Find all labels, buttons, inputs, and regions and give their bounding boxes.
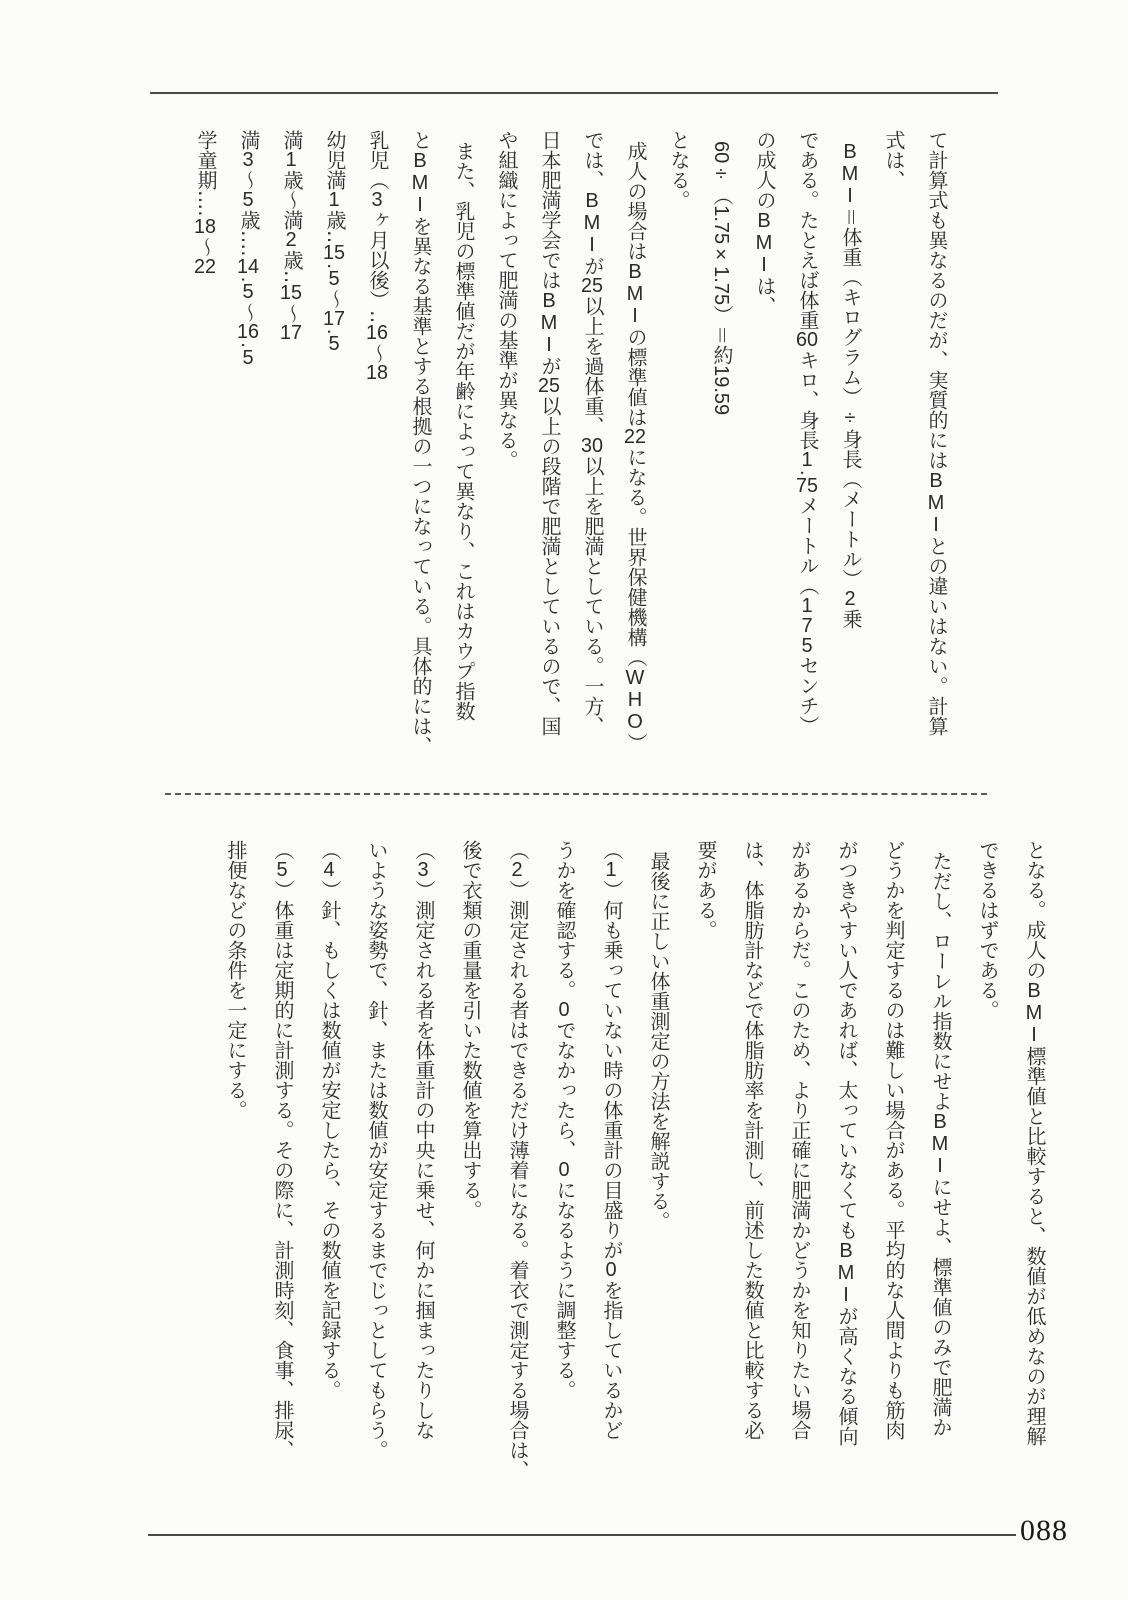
top-column-11: や組織によって肥満の基準が異なる。	[484, 130, 527, 778]
top-column-1: て計算式も異なるのだが、実質的にはBMIとの違いはない。計算	[914, 130, 957, 778]
top-column-9: では、BMIが25以上を過体重、30以上を肥満としている。一方、	[570, 130, 613, 778]
bottom-column-6: があるからだ。このため、より正確に肥満かどうかを知りたい場合	[775, 840, 822, 1508]
top-column-10: 日本肥満学会ではBMIが25以上の段階で肥満としているので、国	[527, 130, 570, 778]
top-column-15: 幼児満1歳‥15.5～17.5	[312, 130, 355, 778]
bottom-column-1: となる。成人のBMI標準値と比較すると、数値が低めなのが理解	[1010, 840, 1057, 1508]
bottom-column-9: 最後に正しい体重測定の方法を解説する。	[634, 840, 681, 1508]
top-column-13: とBMIを異なる基準とする根拠の一つになっている。具体的には、	[398, 130, 441, 778]
bottom-column-16: （4）針、もしくは数値が安定したら、その数値を記録する。	[305, 840, 352, 1508]
top-rule	[150, 92, 998, 94]
top-column-4: である。たとえば体重60キロ、身長1.75メートル（175センチ）	[785, 130, 828, 778]
top-column-3: BMI＝体重（キログラム）÷身長（メートル）2乗	[828, 130, 871, 778]
bottom-column-7: は、体脂肪計などで体脂肪率を計測し、前述した数値と比較する必	[728, 840, 775, 1508]
top-column-6: 60÷（1.75×1.75）＝約19.59	[699, 130, 742, 778]
bottom-column-2: できるはずである。	[963, 840, 1010, 1508]
bottom-column-3: ただし、ローレル指数にせよBMIにせよ、標準値のみで肥満か	[916, 840, 963, 1508]
bottom-column-5: がつきやすい人であれば、太っていなくてもBMIが高くなる傾向	[822, 840, 869, 1508]
bottom-column-12: （2）測定される者はできるだけ薄着になる。着衣で測定する場合は、	[493, 840, 540, 1508]
bottom-rule	[148, 1534, 1016, 1536]
bottom-column-14: （3）測定される者を体重計の中央に乗せ、何かに掴まったりしな	[399, 840, 446, 1508]
bottom-column-15: いような姿勢で、針、または数値が安定するまでじっとしてもらう。	[352, 840, 399, 1508]
top-column-16: 満1歳～満2歳‥15～17	[269, 130, 312, 778]
bottom-column-8: 要がある。	[681, 840, 728, 1508]
bottom-section-text: となる。成人のBMI標準値と比較すると、数値が低めなのが理解できるはずである。た…	[211, 840, 1057, 1508]
top-column-12: また、乳児の標準値だが年齢によって異なり、これはカウプ指数	[441, 130, 484, 778]
page-number: 088	[1020, 1514, 1068, 1548]
top-column-14: 乳児（3ヶ月以後）‥16～18	[355, 130, 398, 778]
bottom-column-4: どうかを判定するのは難しい場合がある。平均的な人間よりも筋肉	[869, 840, 916, 1508]
bottom-column-10: （1）何も乗っていない時の体重計の目盛りが0を指しているかど	[587, 840, 634, 1508]
top-column-17: 満3～5歳‥‥14.5～16.5	[226, 130, 269, 778]
top-column-18: 学童期‥‥18～22	[183, 130, 226, 778]
bottom-column-17: （5）体重は定期的に計測する。その際に、計測時刻、食事、排尿、	[258, 840, 305, 1508]
bottom-column-13: 後で衣類の重量を引いた数値を算出する。	[446, 840, 493, 1508]
top-column-7: となる。	[656, 130, 699, 778]
bottom-column-18: 排便などの条件を一定にする。	[211, 840, 258, 1508]
section-divider-dashed	[165, 793, 987, 795]
top-column-8: 成人の場合はBMIの標準値は22になる。世界保健機構（WHO）	[613, 130, 656, 778]
top-section-text: て計算式も異なるのだが、実質的にはBMIとの違いはない。計算式は、BMI＝体重（…	[183, 130, 957, 778]
top-column-5: の成人のBMIは、	[742, 130, 785, 778]
bottom-column-11: うかを確認する。0でなかったら、0になるように調整する。	[540, 840, 587, 1508]
top-column-2: 式は、	[871, 130, 914, 778]
